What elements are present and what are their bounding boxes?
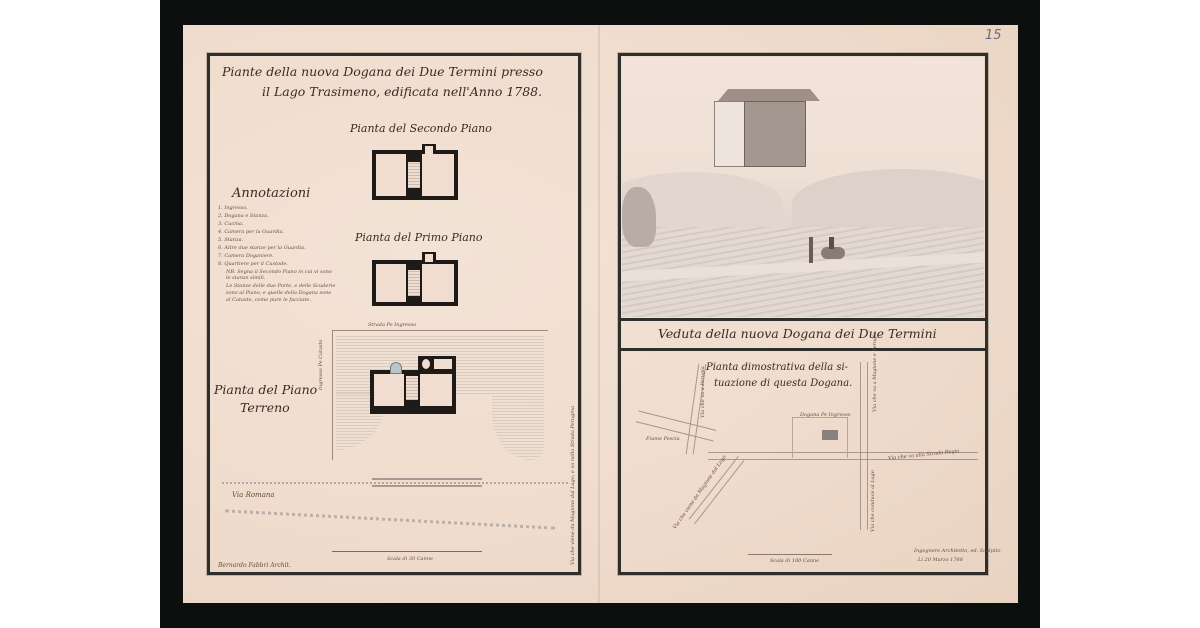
left-title-line2: il Lago Trasimeno, edificata nell'Anno 1… [262,84,542,99]
left-title-line1: Piante della nuova Dogana dei Due Termin… [222,64,543,79]
caption-divider-top [618,318,988,321]
second-floor-plan [372,144,460,202]
garden-left-label: Ingresso Pe Catasto [318,339,324,390]
annotation-item: 6. Altre due stanze per la Guardia. [218,245,338,253]
river-label: Fiume Pescia [646,436,680,442]
annotation-item: 2. Dogana e Stanza. [218,213,338,221]
center-fold [598,25,600,603]
figures [807,237,847,267]
road-label-top-right: Via che va a Magione e Perugia [872,332,878,412]
map-title-line1: Pianta dimostrativa della si- [706,362,848,373]
dogana-building [822,430,838,440]
road-vertical-right [860,362,868,530]
annotation-item: Le Stanze delle due Porte, e delle Scude… [218,283,336,304]
first-floor-plan [372,252,460,308]
scale-label: Scala di 30 Canne [387,556,433,562]
map-signature-line2: Li 20 Marzo 1788 [918,557,963,563]
ground-floor-plan [370,356,460,416]
annotations-title: Annotazioni [232,186,310,201]
map-scale-bar [748,554,832,555]
customs-house [714,89,804,159]
site-map: Pianta dimostrativa della si- tuazione d… [622,352,984,570]
scale-bar [332,551,482,552]
sheet-number: 15 [985,28,1002,43]
road-label-vertical: Via che conduce al Lago [870,470,876,532]
customs-house-view [622,57,984,317]
first-floor-title: Pianta del Primo Piano [355,231,483,244]
hedge-row [222,482,568,486]
map-scale-label: Scala di 100 Canne [770,558,819,564]
annotation-item: 4. Camera per la Guardia. [218,229,338,237]
annotation-item: NB. Segna il Secondo Piano in cui vi son… [218,269,336,277]
annotations-list: 1. Ingresso. 2. Dogana e Stanza. 3. Cuci… [218,205,338,304]
annotation-item: 3. Cucina. [218,221,338,229]
side-note: Via che viene da Magione dal Lago, e va … [570,406,576,565]
second-floor-title: Pianta del Secondo Piano [350,122,492,135]
caption-divider-bottom [618,348,988,351]
view-caption: Veduta della nuova Dogana dei Due Termin… [658,326,937,341]
signature: Bernardo Fabbri Archit. [218,562,291,569]
ground-floor-title-line2: Terreno [240,400,290,415]
map-title-line2: tuazione di questa Dogana. [714,378,852,389]
map-signature-line1: Ingegnere Architetto, ed. Scolpito [914,548,1000,554]
annotation-item: 5. Stanza. [218,237,338,245]
road-label-top-left: Via che va a Perugia [700,366,706,418]
dogana-site [792,417,848,458]
annotation-item: 7. Camera Doganiere. [218,253,338,261]
road-label: Via Romana [232,491,275,499]
tree [622,187,656,247]
building-label: Dogana Pe Ingresso [800,412,851,418]
ground-floor-title-line1: Pianta del Piano [214,382,317,397]
annotation-item: 8. Quartiere per il Custode. [218,261,338,269]
garden-top-label: Strada Pe Ingresso [368,322,416,328]
annotation-item: 1. Ingresso. [218,205,338,213]
